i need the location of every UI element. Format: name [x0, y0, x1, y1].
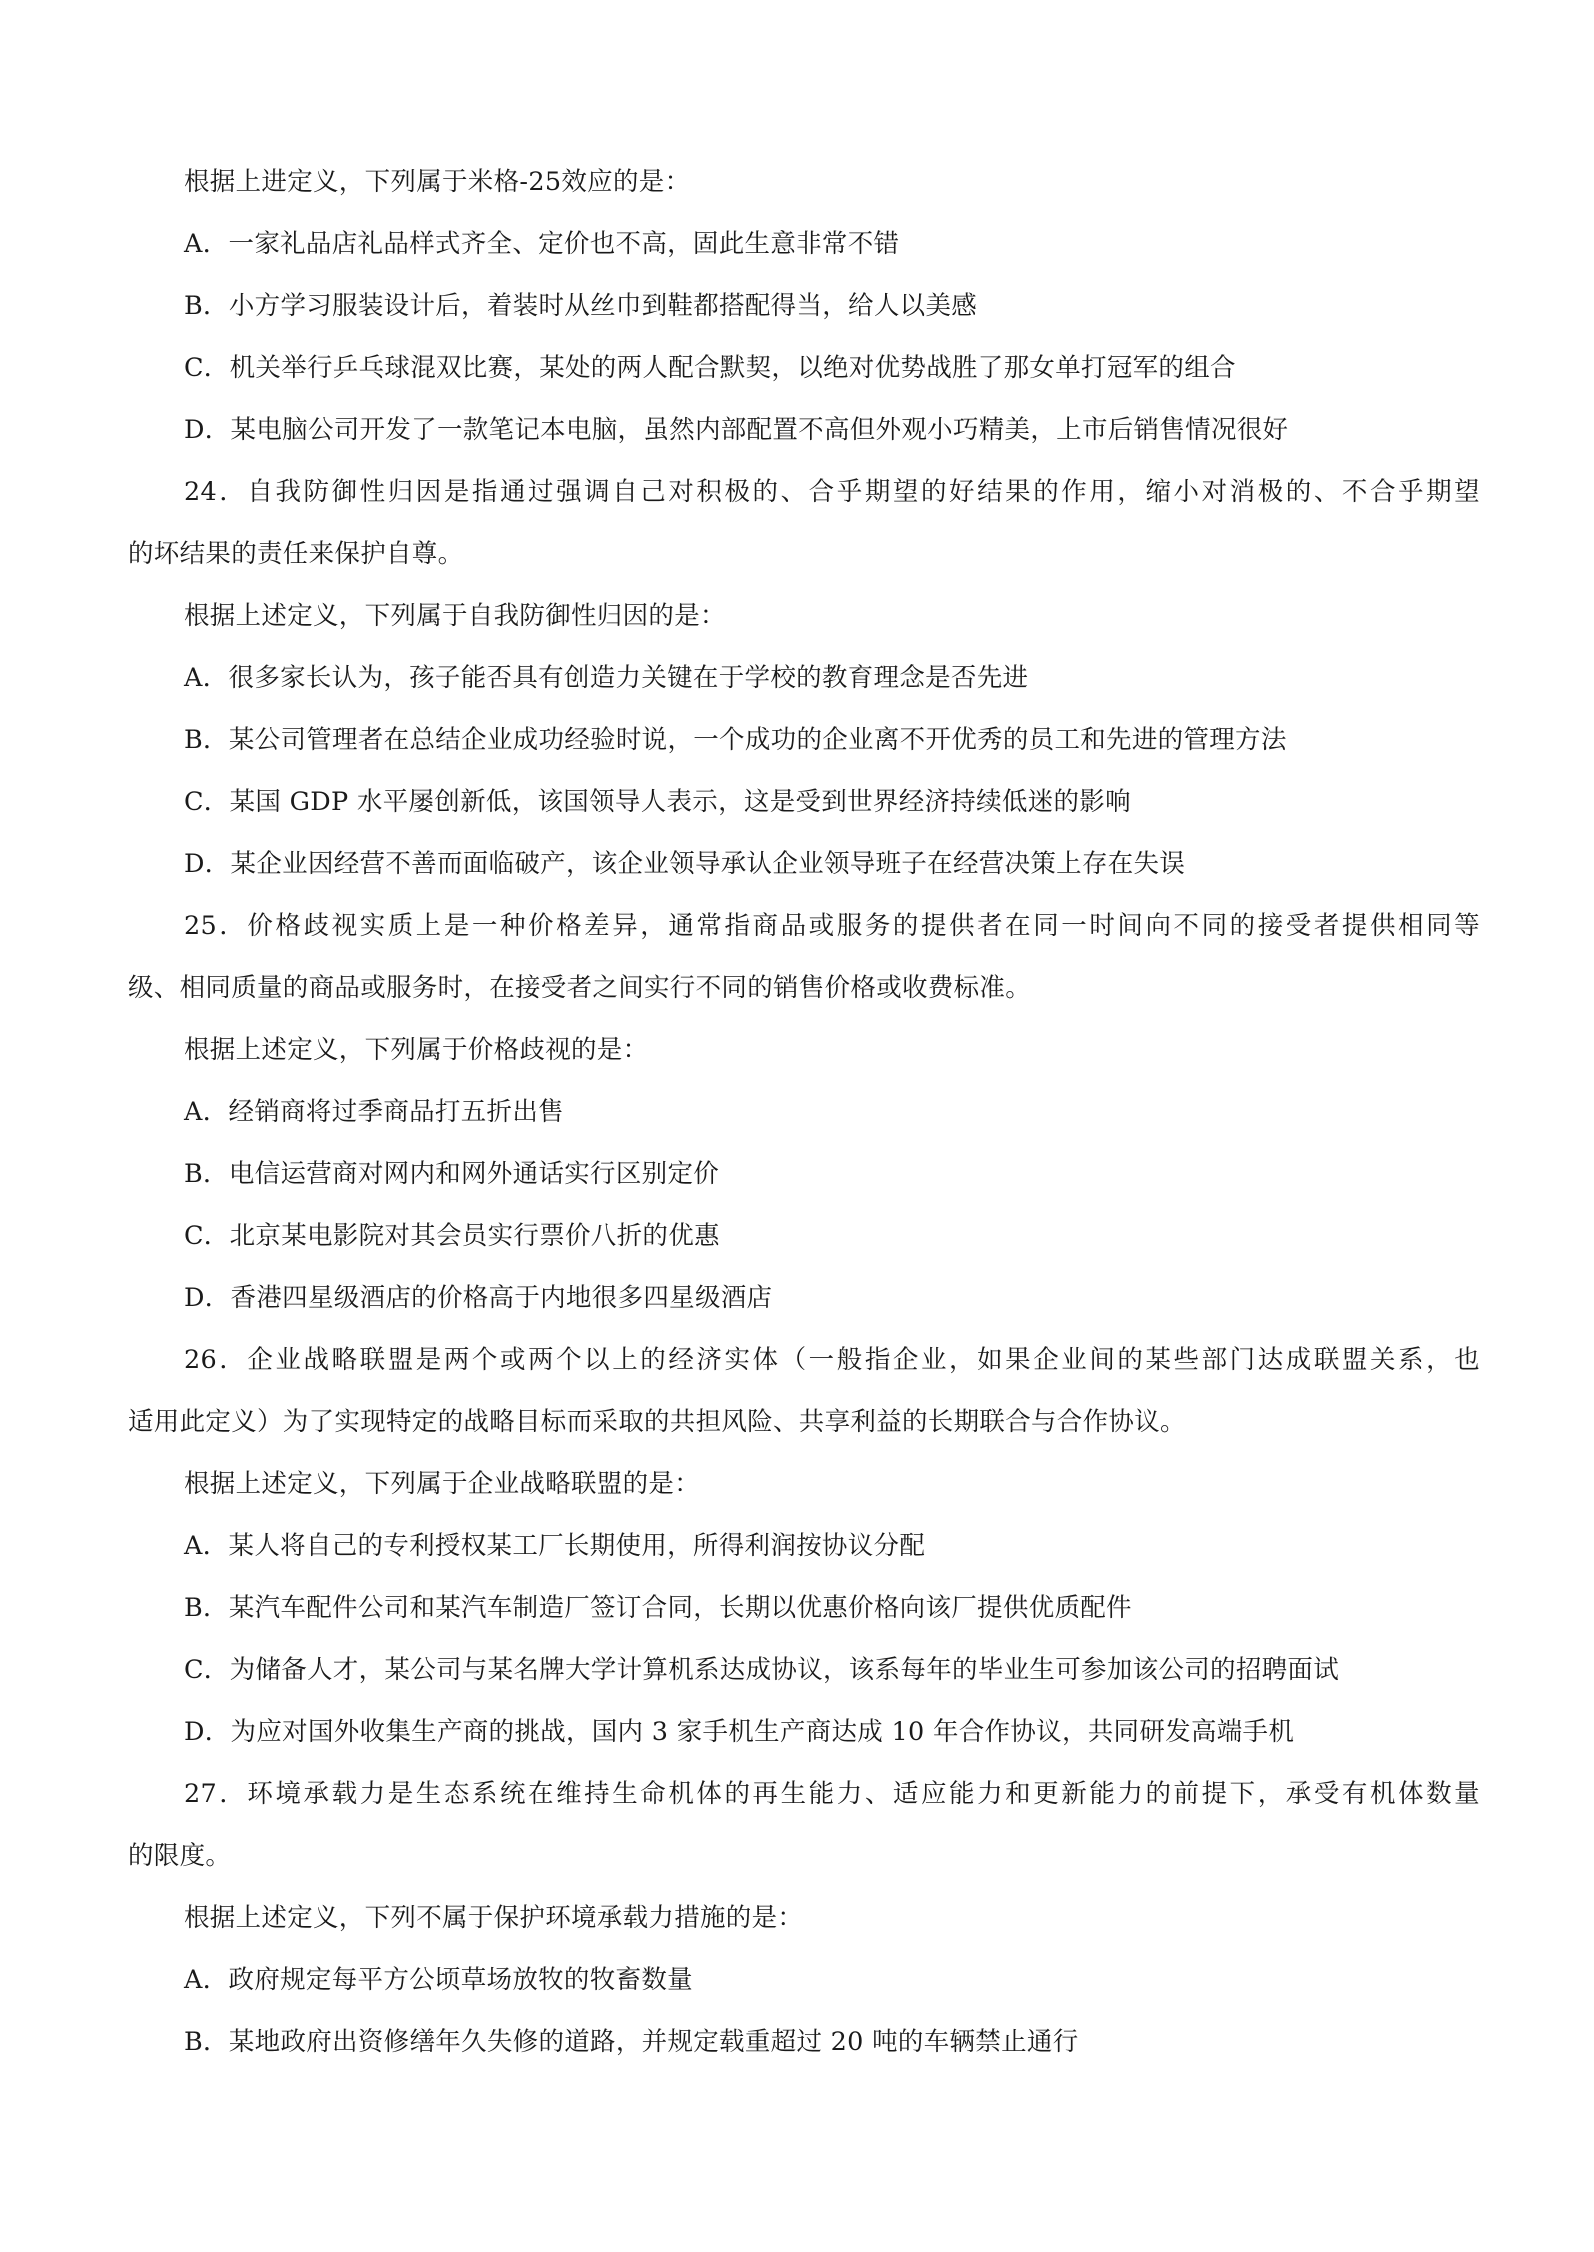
question-24-option-a: A．很多家长认为，孩子能否具有创造力关键在于学校的教育理念是否先进: [184, 661, 1480, 695]
question-27-option-a: A．政府规定每平方公顷草场放牧的牧畜数量: [184, 1963, 1480, 1997]
question-23-option-d: D．某电脑公司开发了一款笔记本电脑，虽然内部配置不高但外观小巧精美，上市后销售情…: [184, 413, 1480, 447]
question-26-stem-line-1: 26．企业战略联盟是两个或两个以上的经济实体（一般指企业，如果企业间的某些部门达…: [184, 1343, 1480, 1377]
question-26-option-b: B．某汽车配件公司和某汽车制造厂签订合同，长期以优惠价格向该厂提供优质配件: [184, 1591, 1480, 1625]
question-26-prompt: 根据上述定义，下列属于企业战略联盟的是：: [184, 1467, 1480, 1501]
question-25-option-c: C．北京某电影院对其会员实行票价八折的优惠: [184, 1219, 1480, 1253]
question-27-option-b: B．某地政府出资修缮年久失修的道路，并规定载重超过 20 吨的车辆禁止通行: [184, 2025, 1480, 2059]
question-23-prompt: 根据上进定义，下列属于米格-25效应的是：: [184, 165, 1480, 199]
question-23-option-b: B．小方学习服装设计后，着装时从丝巾到鞋都搭配得当，给人以美感: [184, 289, 1480, 323]
question-24-option-d: D．某企业因经营不善而面临破产，该企业领导承认企业领导班子在经营决策上存在失误: [184, 847, 1480, 881]
question-24-prompt: 根据上述定义，下列属于自我防御性归因的是：: [184, 599, 1480, 633]
question-26-option-c: C．为储备人才，某公司与某名牌大学计算机系达成协议，该系每年的毕业生可参加该公司…: [184, 1653, 1480, 1687]
question-24-stem-line-2: 的坏结果的责任来保护自尊。: [128, 537, 1480, 571]
question-25-option-a: A．经销商将过季商品打五折出售: [184, 1095, 1480, 1129]
question-25-stem-line-1: 25．价格歧视实质上是一种价格差异，通常指商品或服务的提供者在同一时间向不同的接…: [184, 909, 1480, 943]
question-26-stem-line-2: 适用此定义）为了实现特定的战略目标而采取的共担风险、共享利益的长期联合与合作协议…: [128, 1405, 1480, 1439]
question-27-stem-line-2: 的限度。: [128, 1839, 1480, 1873]
question-27-stem-line-1: 27．环境承载力是生态系统在维持生命机体的再生能力、适应能力和更新能力的前提下，…: [184, 1777, 1480, 1811]
question-27-prompt: 根据上述定义，下列不属于保护环境承载力措施的是：: [184, 1901, 1480, 1935]
question-26-option-a: A．某人将自己的专利授权某工厂长期使用，所得利润按协议分配: [184, 1529, 1480, 1563]
question-25-stem-line-2: 级、相同质量的商品或服务时，在接受者之间实行不同的销售价格或收费标准。: [128, 971, 1480, 1005]
question-26-option-d: D．为应对国外收集生产商的挑战，国内 3 家手机生产商达成 10 年合作协议，共…: [184, 1715, 1480, 1749]
question-23-option-c: C．机关举行乒乓球混双比赛，某处的两人配合默契，以绝对优势战胜了那女单打冠军的组…: [184, 351, 1480, 385]
question-25-prompt: 根据上述定义，下列属于价格歧视的是：: [184, 1033, 1480, 1067]
question-24-option-c: C．某国 GDP 水平屡创新低，该国领导人表示，这是受到世界经济持续低迷的影响: [184, 785, 1480, 819]
question-25-option-b: B．电信运营商对网内和网外通话实行区别定价: [184, 1157, 1480, 1191]
question-25-option-d: D．香港四星级酒店的价格高于内地很多四星级酒店: [184, 1281, 1480, 1315]
question-23-option-a: A．一家礼品店礼品样式齐全、定价也不高，固此生意非常不错: [184, 227, 1480, 261]
question-24-stem-line-1: 24．自我防御性归因是指通过强调自己对积极的、合乎期望的好结果的作用，缩小对消极…: [184, 475, 1480, 509]
question-24-option-b: B．某公司管理者在总结企业成功经验时说，一个成功的企业离不开优秀的员工和先进的管…: [184, 723, 1480, 757]
document-page: 根据上进定义，下列属于米格-25效应的是： A．一家礼品店礼品样式齐全、定价也不…: [0, 0, 1594, 2252]
